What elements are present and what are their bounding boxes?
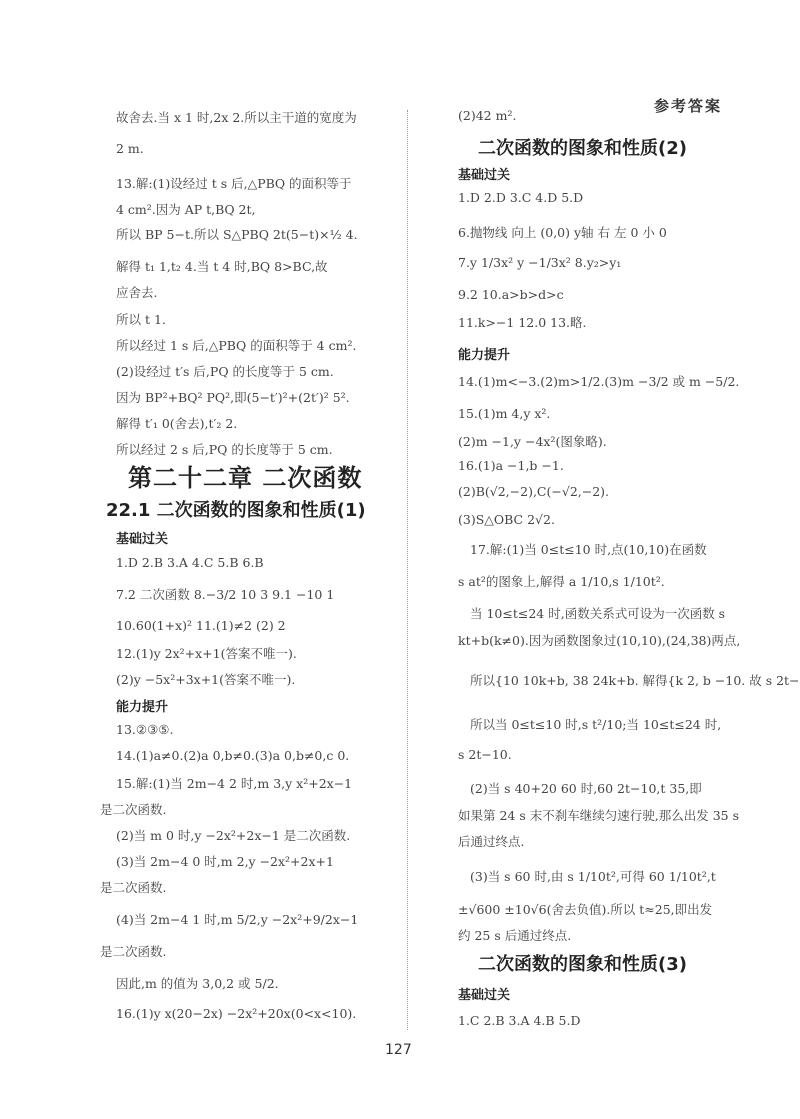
answer-line: 13.②③⑤.: [116, 722, 173, 737]
answer-line: 所以经过 2 s 后,PQ 的长度等于 5 cm.: [116, 440, 333, 458]
answer-line: 14.(1)a≠0.(2)a 0,b≠0.(3)a 0,b≠0,c 0.: [116, 748, 349, 763]
answer-line: kt+b(k≠0).因为函数图象过(10,10),(24,38)两点,: [458, 631, 740, 649]
answer-line: 2 m.: [116, 141, 144, 156]
answer-line: s 2t−10.: [458, 747, 512, 762]
answer-line: 9.2 10.a>b>d>c: [458, 287, 564, 302]
answer-line: 7.y 1/3x² y −1/3x² 8.y₂>y₁: [458, 255, 621, 270]
page-number: 127: [385, 1042, 412, 1058]
answer-line: 解得 t′₁ 0(舍去),t′₂ 2.: [116, 414, 237, 432]
subheading-advanced-2: 能力提升: [458, 344, 510, 363]
answer-line: 后通过终点.: [458, 832, 524, 850]
answer-line: (2)当 s 40+20 60 时,60 2t−10,t 35,即: [470, 779, 702, 797]
answer-line: 如果第 24 s 末不刹车继续匀速行驶,那么出发 35 s: [458, 806, 739, 824]
answer-line: 17.解:(1)当 0≤t≤10 时,点(10,10)在函数: [470, 540, 707, 558]
page-header-title: 参考答案: [654, 95, 722, 116]
section-title-1: 22.1 二次函数的图象和性质(1): [106, 496, 366, 522]
answer-line: (3)S△OBC 2√2.: [458, 512, 555, 527]
answer-line: 15.(1)m 4,y x².: [458, 406, 550, 421]
answer-line: 6.抛物线 向上 (0,0) y轴 右 左 0 小 0: [458, 223, 667, 241]
answer-line: 是二次函数.: [100, 800, 166, 818]
answer-line: 7.2 二次函数 8.−3/2 10 3 9.1 −10 1: [116, 585, 334, 603]
answer-line: 应舍去.: [116, 283, 157, 301]
section-title-2: 二次函数的图象和性质(2): [478, 134, 687, 160]
answer-line: (3)当 s 60 时,由 s 1/10t²,可得 60 1/10t²,t: [470, 867, 716, 885]
answer-line: 所以 t 1.: [116, 310, 166, 328]
answer-line: 13.解:(1)设经过 t s 后,△PBQ 的面积等于: [116, 174, 352, 192]
answer-line: 12.(1)y 2x²+x+1(答案不唯一).: [116, 644, 297, 662]
answer-line: 当 10≤t≤24 时,函数关系式可设为一次函数 s: [470, 604, 725, 622]
answer-line: 因此,m 的值为 3,0,2 或 5/2.: [116, 974, 279, 992]
answer-line: (3)当 2m−4 0 时,m 2,y −2x²+2x+1: [116, 852, 334, 870]
subheading-advanced-1: 能力提升: [116, 696, 168, 715]
answer-line: 4 cm².因为 AP t,BQ 2t,: [116, 200, 256, 218]
answer-line: 所以 BP 5−t.所以 S△PBQ 2t(5−t)×½ 4.: [116, 225, 358, 243]
answer-line: 故舍去.当 x 1 时,2x 2.所以主干道的宽度为: [116, 108, 357, 126]
answer-line: 是二次函数.: [100, 878, 166, 896]
answer-line: 1.D 2.B 3.A 4.C 5.B 6.B: [116, 555, 264, 570]
subheading-basic-2: 基础过关: [458, 164, 510, 183]
answer-line: s at²的图象上,解得 a 1/10,s 1/10t².: [458, 572, 665, 590]
section-title-3: 二次函数的图象和性质(3): [478, 950, 687, 976]
subheading-basic-3: 基础过关: [458, 984, 510, 1003]
answer-line: 是二次函数.: [100, 942, 166, 960]
answer-line: 所以当 0≤t≤10 时,s t²/10;当 10≤t≤24 时,: [470, 715, 721, 733]
answer-line: (4)当 2m−4 1 时,m 5/2,y −2x²+9/2x−1: [116, 910, 358, 928]
answer-line: 14.(1)m<−3.(2)m>1/2.(3)m −3/2 或 m −5/2.: [458, 372, 739, 390]
answer-line: 解得 t₁ 1,t₂ 4.当 t 4 时,BQ 8>BC,故: [116, 257, 328, 275]
answer-line: 所以经过 1 s 后,△PBQ 的面积等于 4 cm².: [116, 336, 356, 354]
answer-line: 15.解:(1)当 2m−4 2 时,m 3,y x²+2x−1: [116, 774, 352, 792]
answer-line: 1.D 2.D 3.C 4.D 5.D: [458, 190, 583, 205]
answer-line: 16.(1)a −1,b −1.: [458, 458, 564, 473]
column-divider: [407, 110, 408, 1030]
answer-line: (2)42 m².: [458, 108, 516, 123]
subheading-basic-1: 基础过关: [116, 528, 168, 547]
answer-line: (2)当 m 0 时,y −2x²+2x−1 是二次函数.: [116, 826, 350, 844]
answer-line: ±√600 ±10√6(舍去负值).所以 t≈25,即出发: [458, 900, 712, 918]
answer-line: (2)m −1,y −4x²(图象略).: [458, 432, 607, 450]
answer-line: 约 25 s 后通过终点.: [458, 926, 571, 944]
answer-line: 因为 BP²+BQ² PQ²,即(5−t′)²+(2t′)² 5².: [116, 388, 350, 406]
answer-line: 10.60(1+x)² 11.(1)≠2 (2) 2: [116, 618, 286, 633]
answer-line: 16.(1)y x(20−2x) −2x²+20x(0<x<10).: [116, 1006, 356, 1021]
answer-line: (2)设经过 t′s 后,PQ 的长度等于 5 cm.: [116, 362, 334, 380]
answer-line: (2)B(√2,−2),C(−√2,−2).: [458, 484, 609, 499]
answer-line: 1.C 2.B 3.A 4.B 5.D: [458, 1013, 581, 1028]
answer-line: 所以{10 10k+b, 38 24k+b. 解得{k 2, b −10. 故 …: [470, 671, 800, 689]
chapter-title: 第二十二章 二次函数: [128, 458, 362, 493]
answer-line: (2)y −5x²+3x+1(答案不唯一).: [116, 670, 295, 688]
answer-line: 11.k>−1 12.0 13.略.: [458, 313, 587, 331]
